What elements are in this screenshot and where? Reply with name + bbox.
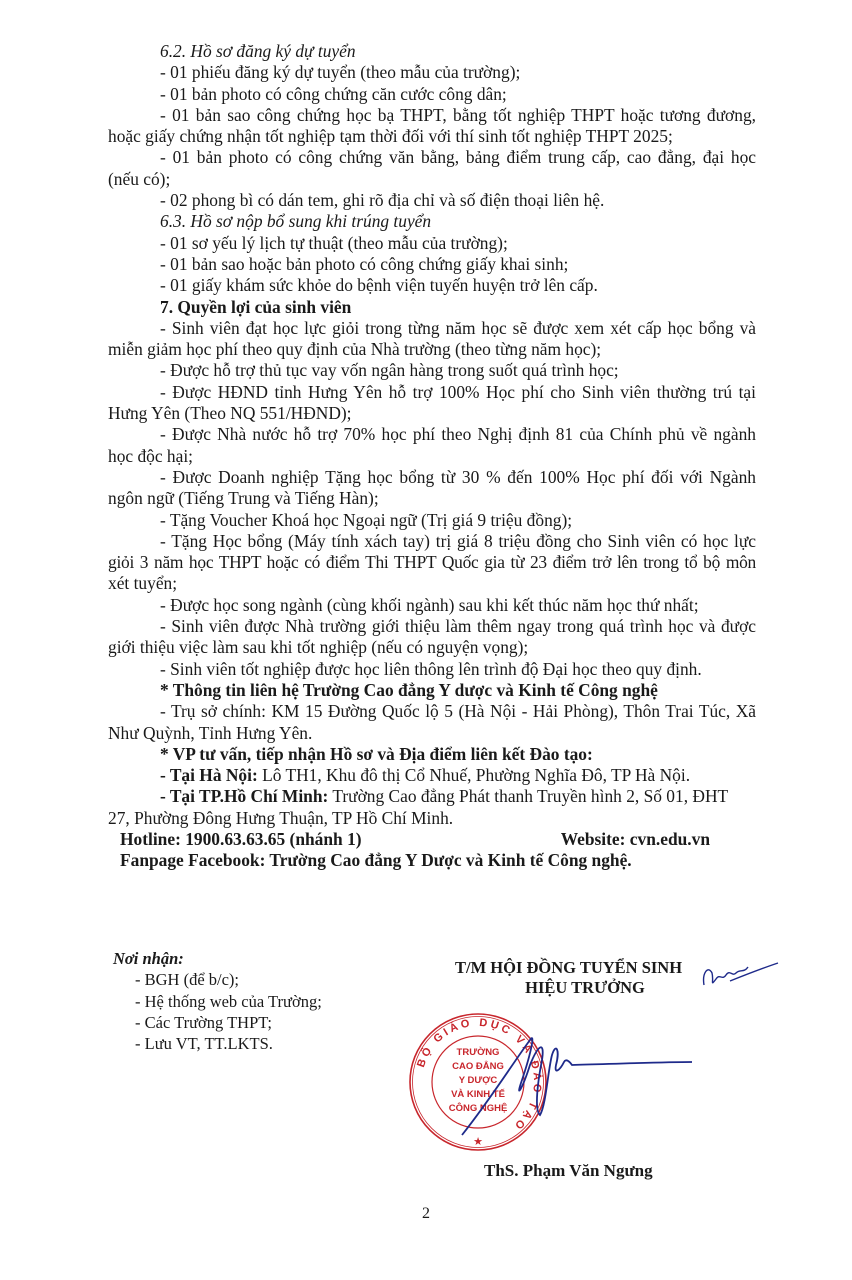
recipient-item: - Hệ thống web của Trường; [113, 991, 322, 1012]
signer-name: ThS. Phạm Văn Ngưng [484, 1160, 653, 1181]
list-item: - 01 phiếu đăng ký dự tuyển (theo mẫu củ… [108, 62, 756, 83]
benefit-line: - Được hỗ trợ thủ tục vay vốn ngân hàng … [108, 360, 756, 381]
signature-role: HIỆU TRƯỞNG [455, 978, 715, 998]
benefit-line: Hưng Yên (Theo NQ 551/HĐND); [108, 403, 756, 424]
fanpage: Fanpage Facebook: Trường Cao đẳng Y Dược… [108, 850, 756, 871]
list-item: - 01 bản sao hoặc bản photo có công chứn… [108, 254, 756, 275]
hcm-address-cont: 27, Phường Đông Hưng Thuận, TP Hồ Chí Mi… [108, 808, 756, 829]
recipient-item: - Các Trường THPT; [113, 1012, 322, 1033]
benefit-line: học độc hại; [108, 446, 756, 467]
benefit-line: giới thiệu việc làm sau khi tốt nghiệp (… [108, 637, 756, 658]
hotline: Hotline: 1900.63.63.65 (nhánh 1) [120, 829, 362, 850]
hq-address-cont: Như Quỳnh, Tỉnh Hưng Yên. [108, 723, 756, 744]
benefit-line: - Được Doanh nghiệp Tặng học bổng từ 30 … [108, 467, 756, 488]
hanoi-address: - Tại Hà Nội: Lô TH1, Khu đô thị Cổ Nhuế… [108, 765, 756, 786]
benefit-line: - Tặng Học bổng (Máy tính xách tay) trị … [108, 531, 756, 552]
list-item: - 01 bản photo có công chứng căn cước cô… [108, 84, 756, 105]
hcm-text: Trường Cao đẳng Phát thanh Truyền hình 2… [328, 786, 728, 806]
hcm-label: - Tại TP.Hồ Chí Minh: [160, 786, 328, 806]
hotline-website-row: Hotline: 1900.63.63.65 (nhánh 1) Website… [108, 829, 756, 850]
recipient-item: - Lưu VT, TT.LKTS. [113, 1033, 322, 1054]
website: Website: cvn.edu.vn [561, 829, 710, 850]
benefit-line: - Được Nhà nước hỗ trợ 70% học phí theo … [108, 424, 756, 445]
signature-block: T/M HỘI ĐỒNG TUYỂN SINH HIỆU TRƯỞNG [455, 958, 715, 998]
list-item: - 01 giấy khám sức khỏe do bệnh viện tuy… [108, 275, 756, 296]
office-heading: * VP tư vấn, tiếp nhận Hồ sơ và Địa điểm… [108, 744, 756, 765]
list-item: - 01 bản photo có công chứng văn bằng, b… [108, 147, 756, 168]
hcm-address: - Tại TP.Hồ Chí Minh: Trường Cao đẳng Ph… [108, 786, 756, 807]
recipient-item: - BGH (để b/c); [113, 969, 322, 990]
section-6-2-heading: 6.2. Hồ sơ đăng ký dự tuyển [108, 41, 756, 62]
list-item-cont: hoặc giấy chứng nhận tốt nghiệp tạm thời… [108, 126, 756, 147]
benefit-line: - Được HĐND tỉnh Hưng Yên hỗ trợ 100% Họ… [108, 382, 756, 403]
page-number: 2 [422, 1203, 430, 1224]
hanoi-text: Lô TH1, Khu đô thị Cổ Nhuế, Phường Nghĩa… [258, 765, 690, 785]
recipients-title: Nơi nhận: [113, 948, 322, 969]
section-6-3-heading: 6.3. Hồ sơ nộp bổ sung khi trúng tuyển [108, 211, 756, 232]
benefit-line: - Sinh viên đạt học lực giỏi trong từng … [108, 318, 756, 339]
hanoi-label: - Tại Hà Nội: [160, 765, 258, 785]
initials-signature-icon [700, 955, 780, 995]
section-7-heading: 7. Quyền lợi của sinh viên [108, 297, 756, 318]
recipients: Nơi nhận: - BGH (để b/c); - Hệ thống web… [113, 948, 322, 1054]
signature-title: T/M HỘI ĐỒNG TUYỂN SINH [455, 958, 715, 978]
benefit-line: - Sinh viên tốt nghiệp được học liên thô… [108, 659, 756, 680]
benefit-line: miễn giảm học phí theo quy định của Nhà … [108, 339, 756, 360]
benefit-line: ngôn ngữ (Tiếng Trung và Tiếng Hàn); [108, 488, 756, 509]
hq-address: - Trụ sở chính: KM 15 Đường Quốc lộ 5 (H… [108, 701, 756, 722]
benefit-line: - Sinh viên được Nhà trường giới thiệu l… [108, 616, 756, 637]
list-item: - 01 sơ yếu lý lịch tự thuật (theo mẫu c… [108, 233, 756, 254]
list-item: - 01 bản sao công chứng học bạ THPT, bằn… [108, 105, 756, 126]
list-item-cont: (nếu có); [108, 169, 756, 190]
benefit-line: giỏi 3 năm học THPT hoặc có điểm Thi THP… [108, 552, 756, 573]
benefit-line: - Tặng Voucher Khoá học Ngoại ngữ (Trị g… [108, 510, 756, 531]
document-body: 6.2. Hồ sơ đăng ký dự tuyển - 01 phiếu đ… [108, 41, 756, 872]
contact-heading: * Thông tin liên hệ Trường Cao đẳng Y dư… [108, 680, 756, 701]
principal-signature-icon [460, 1020, 700, 1140]
benefit-line: xét tuyển; [108, 573, 756, 594]
list-item: - 02 phong bì có dán tem, ghi rõ địa chỉ… [108, 190, 756, 211]
benefit-line: - Được học song ngành (cùng khối ngành) … [108, 595, 756, 616]
